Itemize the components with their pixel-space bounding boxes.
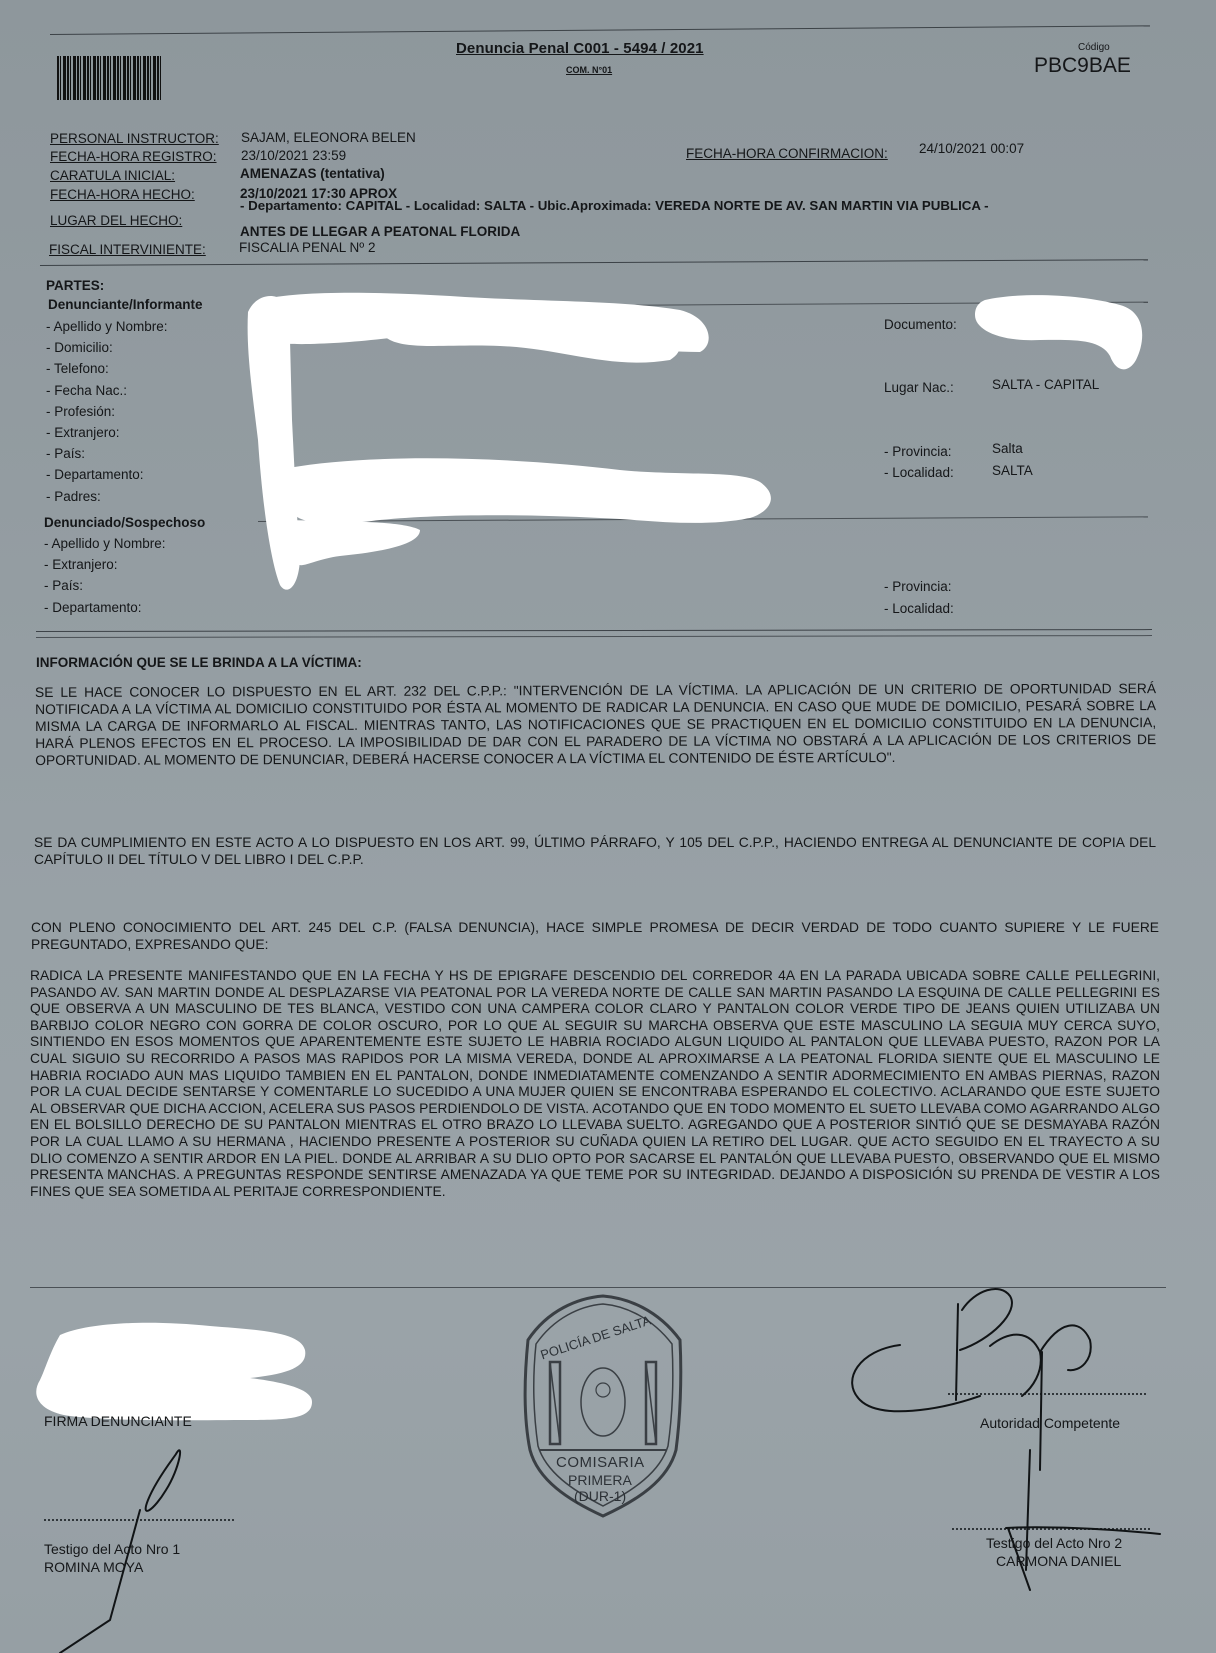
scanned-document-page: Denuncia Penal C001 - 5494 / 2021 COM. N… bbox=[0, 0, 1216, 1653]
handwritten-signatures bbox=[0, 0, 1216, 1653]
